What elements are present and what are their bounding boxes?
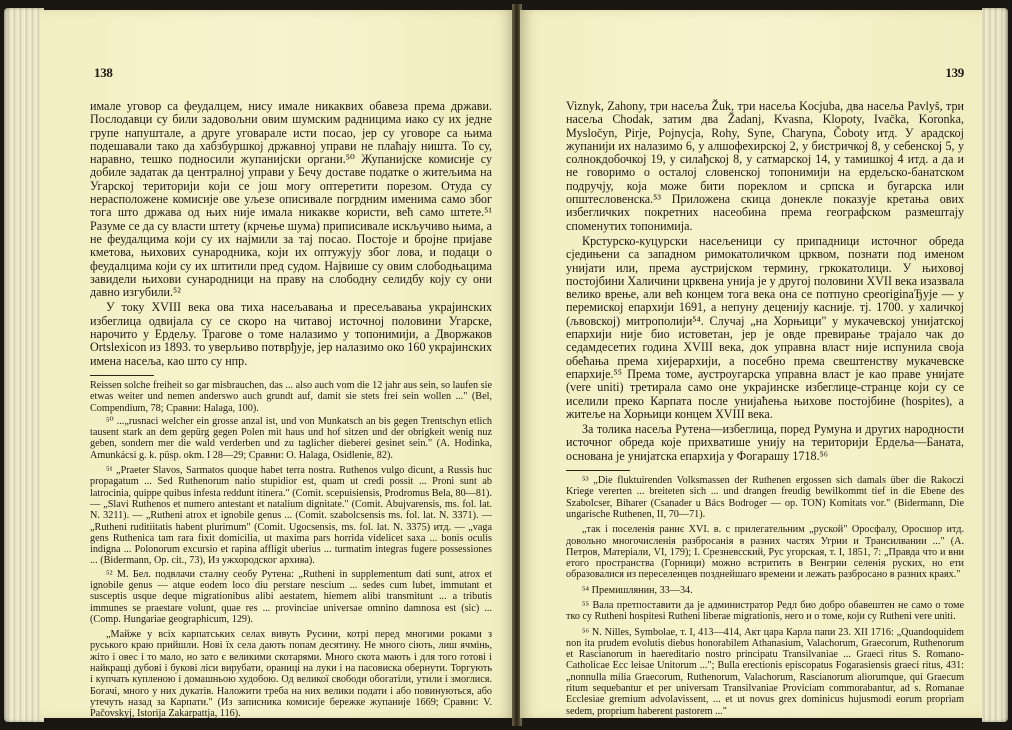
right-page-edges (982, 8, 1008, 722)
left-paragraph-1: имале уговор са феудалцем, нису имале ни… (90, 100, 492, 299)
footnote-54: ⁵⁴ Премишлянин, 33—34. (566, 585, 964, 596)
footnote-53-continued: „так і поселенія раниє XVI. в. с прилега… (566, 524, 964, 580)
right-page: 139 Viznyk, Zahony, три насеља Žuk, три … (520, 10, 982, 718)
right-body-text: Viznyk, Zahony, три насеља Žuk, три насе… (566, 100, 964, 717)
right-paragraph-1: Viznyk, Zahony, три насеља Žuk, три насе… (566, 100, 964, 233)
footnote-52-continued: „Майже у всіх карпатських селах вивуть Р… (90, 629, 492, 719)
left-page-edges (4, 8, 44, 722)
footnote-56: ⁵⁶ N. Nilles, Symbolae, т. I, 413—414, А… (566, 627, 964, 717)
footnote-50: ⁵⁰ ...„rusnaci welcher ein grosse anzal … (90, 416, 492, 461)
right-paragraph-3: За толика насеља Рутена—избеглица, поред… (566, 423, 964, 463)
footnote-separator-left (90, 375, 154, 376)
open-book: 138 имале уговор са феудалцем, нису имал… (4, 4, 1008, 726)
footnote-49-continued: Reissen solche freiheit so gar misbrauch… (90, 380, 492, 414)
right-footnotes: ⁵³ „Die fluktuirenden Volksmassen der Ru… (566, 475, 964, 717)
left-body-text: имале уговор са феудалцем, нису имале ни… (90, 100, 492, 720)
left-paragraph-2: У току XVIII века ова тиха насељавања и … (90, 301, 492, 367)
footnote-53: ⁵³ „Die fluktuirenden Volksmassen der Ru… (566, 475, 964, 520)
footnote-51: ⁵¹ „Praeter Slavos, Sarmatos quoque habe… (90, 465, 492, 567)
footnote-52: ⁵² М. Бел. подвлачи сталну сеобу Рутена:… (90, 569, 492, 625)
left-page: 138 имале уговор са феудалцем, нису имал… (40, 10, 514, 718)
left-footnotes: Reissen solche freiheit so gar misbrauch… (90, 380, 492, 720)
footnote-55: ⁵⁵ Вала претпоставити да је администрато… (566, 600, 964, 623)
footnote-separator-right (566, 470, 630, 471)
right-paragraph-2: Крстурско-куцурски насељеници су припадн… (566, 235, 964, 421)
